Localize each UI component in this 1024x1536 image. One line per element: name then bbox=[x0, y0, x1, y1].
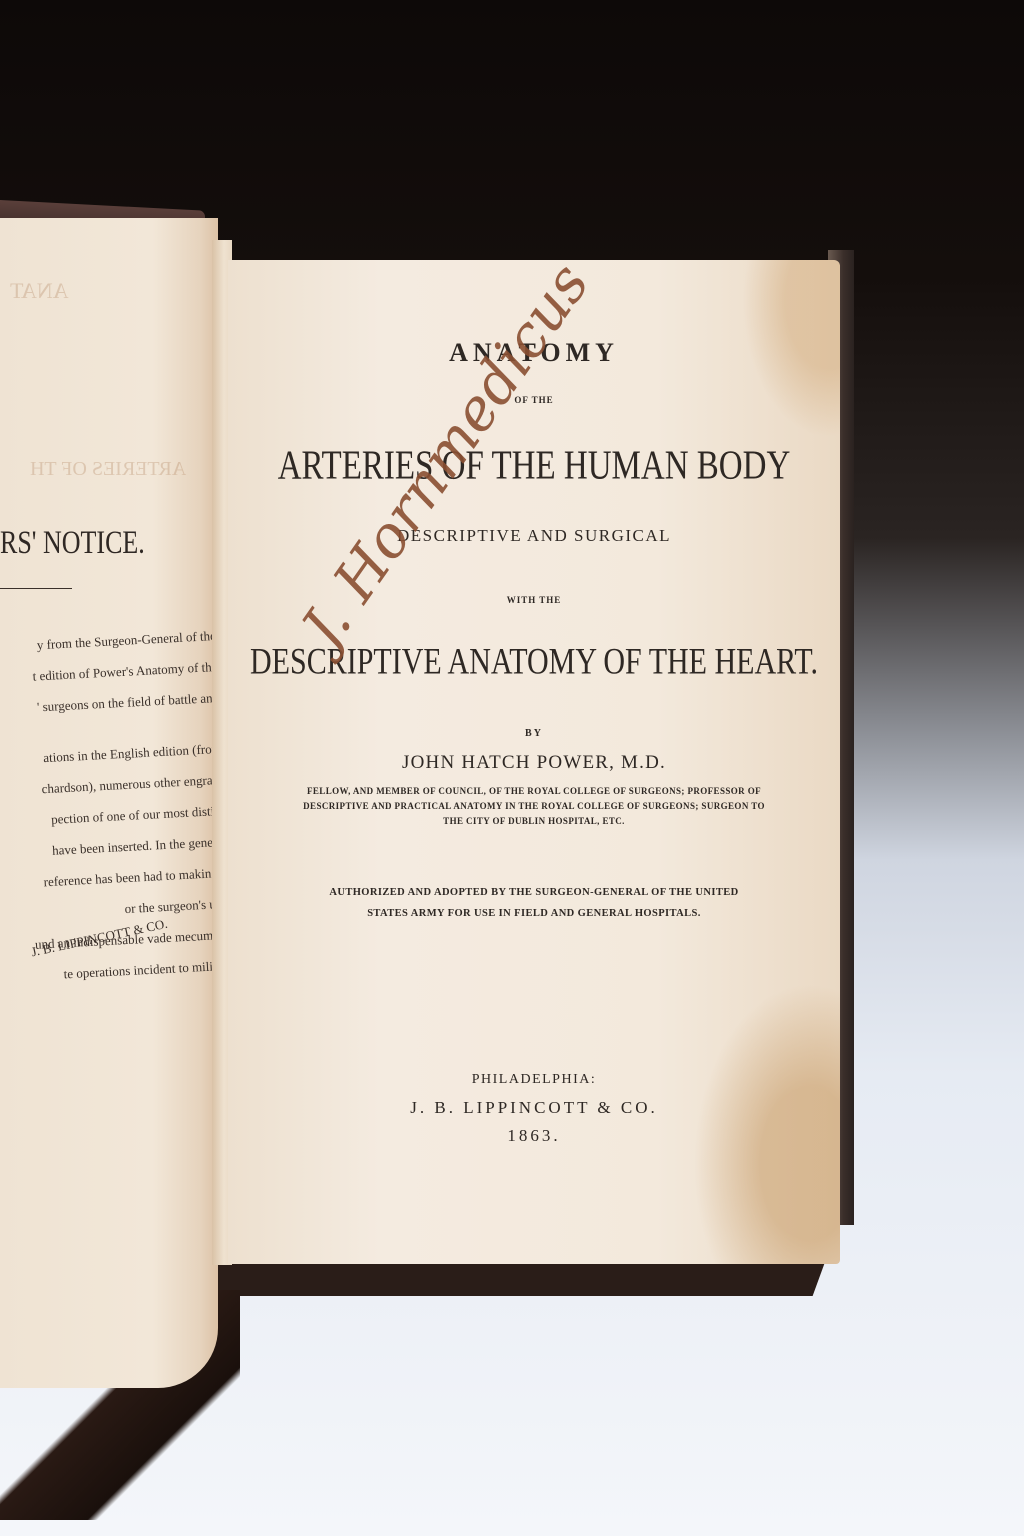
handwritten-signature: J. Hornmedicus bbox=[288, 161, 665, 659]
heading-rule bbox=[0, 588, 72, 589]
bleed-through-text: ARTERIES OF TH bbox=[30, 458, 186, 481]
subtitle-descriptive-surgical: DESCRIPTIVE AND SURGICAL bbox=[228, 526, 840, 546]
authorization-note: AUTHORIZED AND ADOPTED BY THE SURGEON-GE… bbox=[228, 882, 840, 924]
publication-place: PHILADELPHIA: bbox=[228, 1072, 840, 1088]
publisher: J. B. LIPPINCOTT & CO. bbox=[228, 1098, 840, 1118]
publication-year: 1863. bbox=[228, 1126, 840, 1146]
publishers-notice-heading: RS' NOTICE. bbox=[0, 524, 145, 562]
left-page: ANAT ARTERIES OF TH RS' NOTICE. y from t… bbox=[0, 218, 218, 1388]
title-arteries: ARTERIES OF THE HUMAN BODY bbox=[228, 443, 840, 489]
title-page: ANATOMY OF THE ARTERIES OF THE HUMAN BOD… bbox=[228, 260, 840, 1264]
author-name: JOHN HATCH POWER, M.D. bbox=[228, 752, 840, 774]
author-credentials: FELLOW, AND MEMBER OF COUNCIL, OF THE RO… bbox=[228, 784, 840, 829]
book-shadow-bottom bbox=[193, 1262, 825, 1296]
subtitle-heart: DESCRIPTIVE ANATOMY OF THE HEART. bbox=[228, 641, 840, 684]
title-of-the: OF THE bbox=[228, 395, 840, 405]
bleed-through-text: ANAT bbox=[10, 278, 69, 304]
by-line: BY bbox=[228, 728, 840, 739]
